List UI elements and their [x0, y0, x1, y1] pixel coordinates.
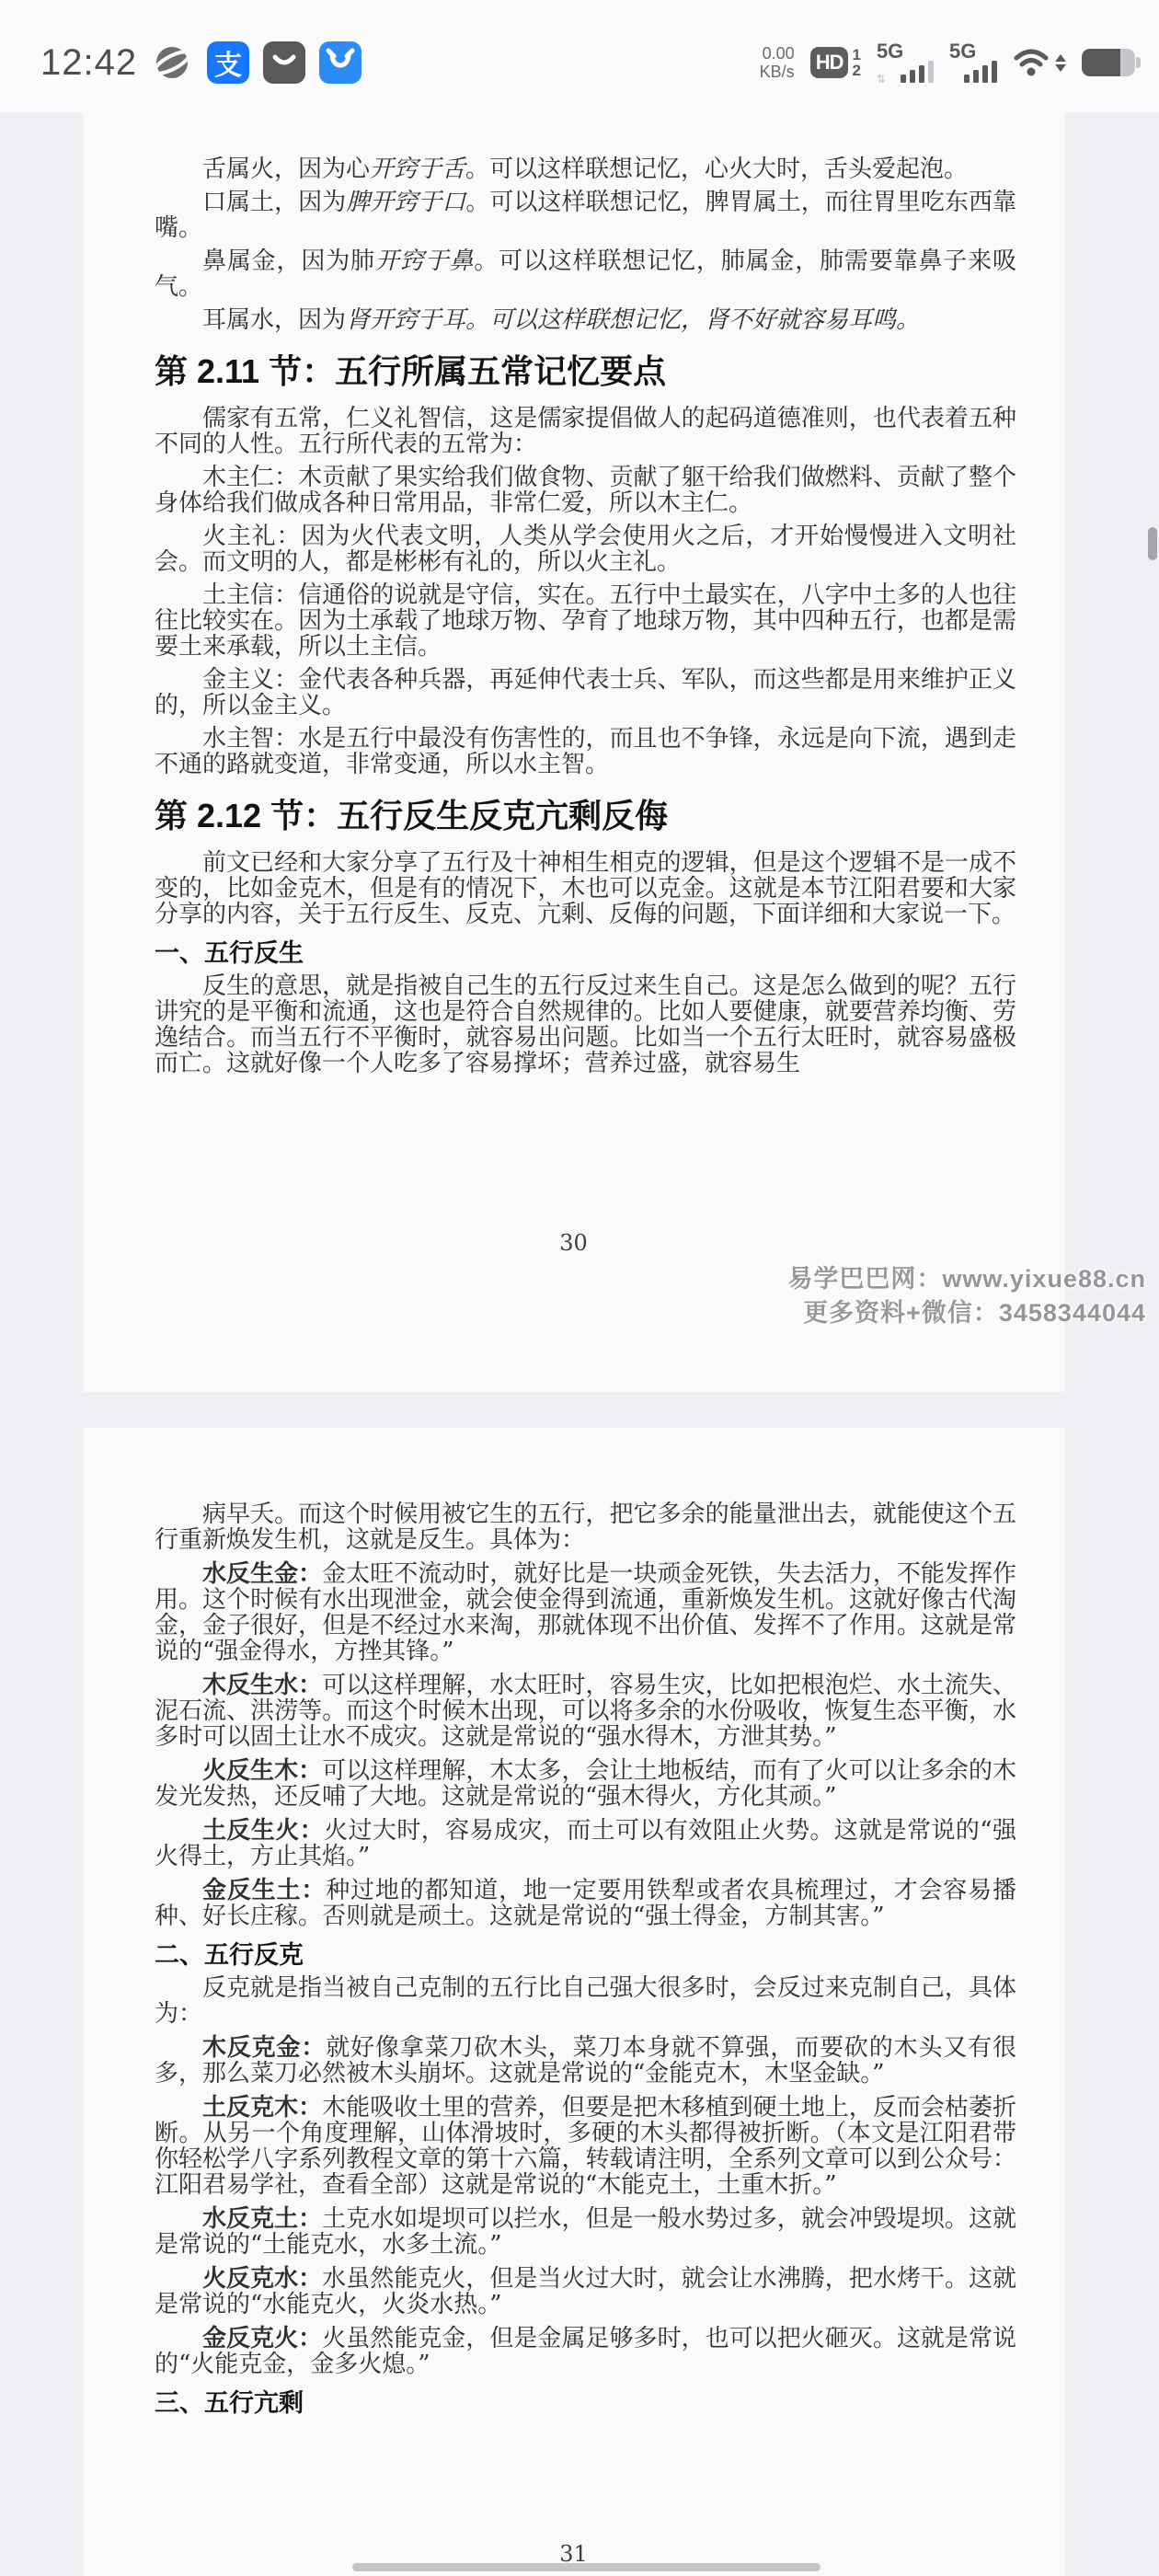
- page-content: 舌属火，因为心开窍于舌。可以这样联想记忆，心火大时，舌头爱起泡。口属土，因为脾开…: [83, 112, 1064, 1076]
- data-activity-icon: ⇅: [877, 75, 886, 83]
- bull-app-icon: [319, 41, 361, 84]
- text-run: 病早夭。而这个时候用被它生的五行，把它多余的能量泄出去，就能使这个五行重新焕发生…: [155, 1501, 1016, 1554]
- text-run: 火反生木：: [202, 1756, 322, 1784]
- store-smile-icon: [263, 41, 305, 84]
- paragraph: 木反克金：就好像拿菜刀砍木头，菜刀本身就不算强，而要砍的木头又有很多，那么菜刀必…: [155, 2034, 1016, 2087]
- network-speed-value: 0.00: [760, 44, 795, 63]
- paragraph: 口属土，因为脾开窍于口。可以这样联想记忆，脾胃属土，而往胃里吃东西靠嘴。: [155, 190, 1016, 241]
- paragraph: 水反生金：金太旺不流动时，就好比是一块顽金死铁，失去活力，不能发挥作用。这个时候…: [155, 1560, 1016, 1664]
- signal-sim1: 5G ⇅: [877, 42, 934, 83]
- status-bar-right: 0.00 KB/s HD 1 2 5G ⇅ 5G: [760, 42, 1135, 83]
- subsection-heading: 三、五行亢剩: [155, 2388, 1016, 2418]
- paragraph: 耳属水，因为肾开窍于耳。可以这样联想记忆，肾不好就容易耳鸣。: [155, 307, 1016, 333]
- paragraph: 反生的意思，就是指被自己生的五行反过来生自己。这是怎么做到的呢？五行讲究的是平衡…: [155, 973, 1016, 1076]
- vertical-scrollbar-thumb[interactable]: [1148, 527, 1157, 560]
- signal-bars-icon: [901, 61, 934, 83]
- text-run: 第 2.11 节：五行所属五常记忆要点: [155, 352, 666, 390]
- sim2-label: 2: [852, 63, 860, 78]
- paragraph: 前文已经和大家分享了五行及十神相生相克的逻辑，但是这个逻辑不是一成不变的，比如金…: [155, 850, 1016, 927]
- subsection-heading: 二、五行反克: [155, 1940, 1016, 1970]
- section-heading: 第 2.12 节：五行反生反克亢剩反侮: [155, 796, 1016, 835]
- subsection-heading: 一、五行反生: [155, 938, 1016, 968]
- text-run: 反克就是指当被自己克制的五行比自己强大很多时，会反过来克制自己，具体为：: [155, 1974, 1016, 2028]
- hd-icon: HD: [810, 47, 849, 78]
- alipay-glyph: 支: [214, 42, 242, 83]
- signal-sim2: 5G: [949, 42, 997, 83]
- paragraph: 土反克木：木能吸收土里的营养，但要是把木移植到硬土地上，反而会枯萎折断。从另一个…: [155, 2094, 1016, 2198]
- paragraph: 木反生水：可以这样理解，水太旺时，容易生灾，比如把根泡烂、水土流失、泥石流、洪涝…: [155, 1672, 1016, 1750]
- text-run: 肾开窍于耳。可以这样联想记忆，肾不好就容易耳鸣。: [346, 306, 920, 334]
- planet-browser-icon: [151, 41, 193, 84]
- text-run: 口属土，因为: [202, 189, 346, 216]
- battery-icon: [1082, 49, 1135, 76]
- text-run: 土反生火：: [202, 1816, 324, 1844]
- text-run: 舌属火，因为心: [202, 155, 370, 183]
- sim1-label: 1: [852, 47, 860, 63]
- status-bar: 12:42 支 0.00 KB/s HD: [0, 0, 1159, 112]
- text-run: 鼻属金，因为肺: [202, 247, 375, 275]
- text-run: 耳属水，因为: [202, 306, 346, 334]
- text-run: 火主礼：因为火代表文明，人类从学会使用火之后，才开始慢慢进入文明社会。而文明的人…: [155, 523, 1016, 576]
- paragraph: 鼻属金，因为肺开窍于鼻。可以这样联想记忆，肺属金，肺需要靠鼻子来吸气。: [155, 248, 1016, 300]
- signal-bars-icon: [964, 61, 997, 83]
- paragraph: 木主仁：木贡献了果实给我们做食物、贡献了躯干给我们做燃料、贡献了整个身体给我们做…: [155, 465, 1016, 516]
- paragraph: 水主智：水是五行中最没有伤害性的，而且也不争锋，永远是向下流，遇到走不通的路就变…: [155, 726, 1016, 777]
- paragraph: 火反生木：可以这样理解，木太多，会让土地板结，而有了火可以让多余的木发光发热，还…: [155, 1757, 1016, 1810]
- page-number: 30: [83, 1230, 1064, 1256]
- clock: 12:42: [40, 42, 137, 84]
- document-page: 舌属火，因为心开窍于舌。可以这样联想记忆，心火大时，舌头爱起泡。口属土，因为脾开…: [83, 112, 1064, 1392]
- network-speed-unit: KB/s: [760, 63, 795, 81]
- text-run: 一、五行反生: [155, 939, 304, 967]
- paragraph: 火反克水：水虽然能克火，但是当火过大时，就会让水沸腾，把水烤干。这就是常说的“水…: [155, 2265, 1016, 2317]
- text-run: 木反生水：: [202, 1671, 322, 1698]
- text-run: 水反克土：: [202, 2204, 322, 2232]
- network-speed: 0.00 KB/s: [760, 44, 795, 81]
- wifi-arrows-icon: [1055, 54, 1066, 72]
- text-run: 水反生金：: [202, 1559, 322, 1587]
- paragraph: 儒家有五常，仁义礼智信，这是儒家提倡做人的起码道德准则，也代表着五种不同的人性。…: [155, 406, 1016, 457]
- paragraph: 金反克火：火虽然能克金，但是金属足够多时，也可以把火砸灭。这就是常说的“火能克金…: [155, 2325, 1016, 2377]
- paragraph: 金反生土：种过地的都知道，地一定要用铁犁或者农具梳理过，才会容易播种、好长庄稼。…: [155, 1877, 1016, 1929]
- text-run: 第 2.12 节：五行反生反克亢剩反侮: [155, 797, 668, 834]
- paragraph: 病早夭。而这个时候用被它生的五行，把它多余的能量泄出去，就能使这个五行重新焕发生…: [155, 1501, 1016, 1553]
- document-page: 病早夭。而这个时候用被它生的五行，把它多余的能量泄出去，就能使这个五行重新焕发生…: [83, 1428, 1064, 2576]
- paragraph: 火主礼：因为火代表文明，人类从学会使用火之后，才开始慢慢进入文明社会。而文明的人…: [155, 523, 1016, 575]
- page-content: 病早夭。而这个时候用被它生的五行，把它多余的能量泄出去，就能使这个五行重新焕发生…: [83, 1428, 1064, 2418]
- text-run: 开窍于舌: [370, 155, 465, 183]
- alipay-icon: 支: [207, 41, 249, 84]
- wifi-indicator: [1013, 46, 1066, 79]
- paragraph: 金主义：金代表各种兵器，再延伸代表士兵、军队，而这些都是用来维护正义的，所以金主…: [155, 667, 1016, 719]
- text-run: 脾开窍于口: [346, 189, 465, 216]
- text-run: 土主信：信通俗的说就是守信，实在。五行中土最实在，八字中土多的人也往往比较实在。…: [155, 581, 1016, 661]
- text-run: 儒家有五常，仁义礼智信，这是儒家提倡做人的起码道德准则，也代表着五种不同的人性。…: [155, 405, 1016, 458]
- paragraph: 舌属火，因为心开窍于舌。可以这样联想记忆，心火大时，舌头爱起泡。: [155, 156, 1016, 182]
- status-bar-left: 12:42 支: [40, 41, 361, 84]
- text-run: 金反克火：: [202, 2324, 322, 2352]
- text-run: 金主义：金代表各种兵器，再延伸代表士兵、军队，而这些都是用来维护正义的，所以金主…: [155, 666, 1016, 719]
- watermark-line2: 更多资料+微信：3458344044: [787, 1296, 1146, 1330]
- text-run: 木主仁：木贡献了果实给我们做食物、贡献了躯干给我们做燃料、贡献了整个身体给我们做…: [155, 464, 1016, 517]
- paragraph: 反克就是指当被自己克制的五行比自己强大很多时，会反过来克制自己，具体为：: [155, 1975, 1016, 2027]
- section-heading: 第 2.11 节：五行所属五常记忆要点: [155, 351, 1016, 391]
- wifi-icon: [1013, 46, 1053, 79]
- text-run: 金反生土：: [202, 1876, 326, 1903]
- network1-label: 5G: [877, 42, 903, 61]
- hd-volte-indicator: HD 1 2: [810, 47, 861, 78]
- text-run: 开窍于鼻: [375, 247, 474, 275]
- text-run: 三、五行亢剩: [155, 2389, 304, 2417]
- text-run: 火反克水：: [202, 2264, 322, 2292]
- paragraph: 土主信：信通俗的说就是守信，实在。五行中土最实在，八字中土多的人也往往比较实在。…: [155, 582, 1016, 660]
- watermark-line1: 易学巴巴网：www.yixue88.cn: [787, 1262, 1146, 1296]
- text-run: 反生的意思，就是指被自己生的五行反过来生自己。这是怎么做到的呢？五行讲究的是平衡…: [155, 972, 1016, 1077]
- horizontal-scrollbar-thumb[interactable]: [352, 2563, 820, 2571]
- text-run: 木反克金：: [202, 2033, 326, 2061]
- text-run: 前文已经和大家分享了五行及十神相生相克的逻辑，但是这个逻辑不是一成不变的，比如金…: [155, 849, 1016, 928]
- sim-slots: 1 2: [852, 47, 860, 78]
- text-run: 二、五行反克: [155, 1941, 304, 1969]
- paragraph: 水反克土：土克水如堤坝可以拦水，但是一般水势过多，就会冲毁堤坝。这就是常说的“土…: [155, 2205, 1016, 2258]
- text-run: 水主智：水是五行中最没有伤害性的，而且也不争锋，永远是向下流，遇到走不通的路就变…: [155, 725, 1016, 778]
- network2-label: 5G: [949, 42, 976, 61]
- paragraph: 土反生火：火过大时，容易成灾，而土可以有效阻止火势。这就是常说的“强火得土，方止…: [155, 1817, 1016, 1869]
- text-run: 。可以这样联想记忆，心火大时，舌头爱起泡。: [465, 155, 968, 183]
- site-watermark: 易学巴巴网：www.yixue88.cn 更多资料+微信：3458344044: [787, 1262, 1146, 1330]
- text-run: 土反克木：: [202, 2093, 322, 2121]
